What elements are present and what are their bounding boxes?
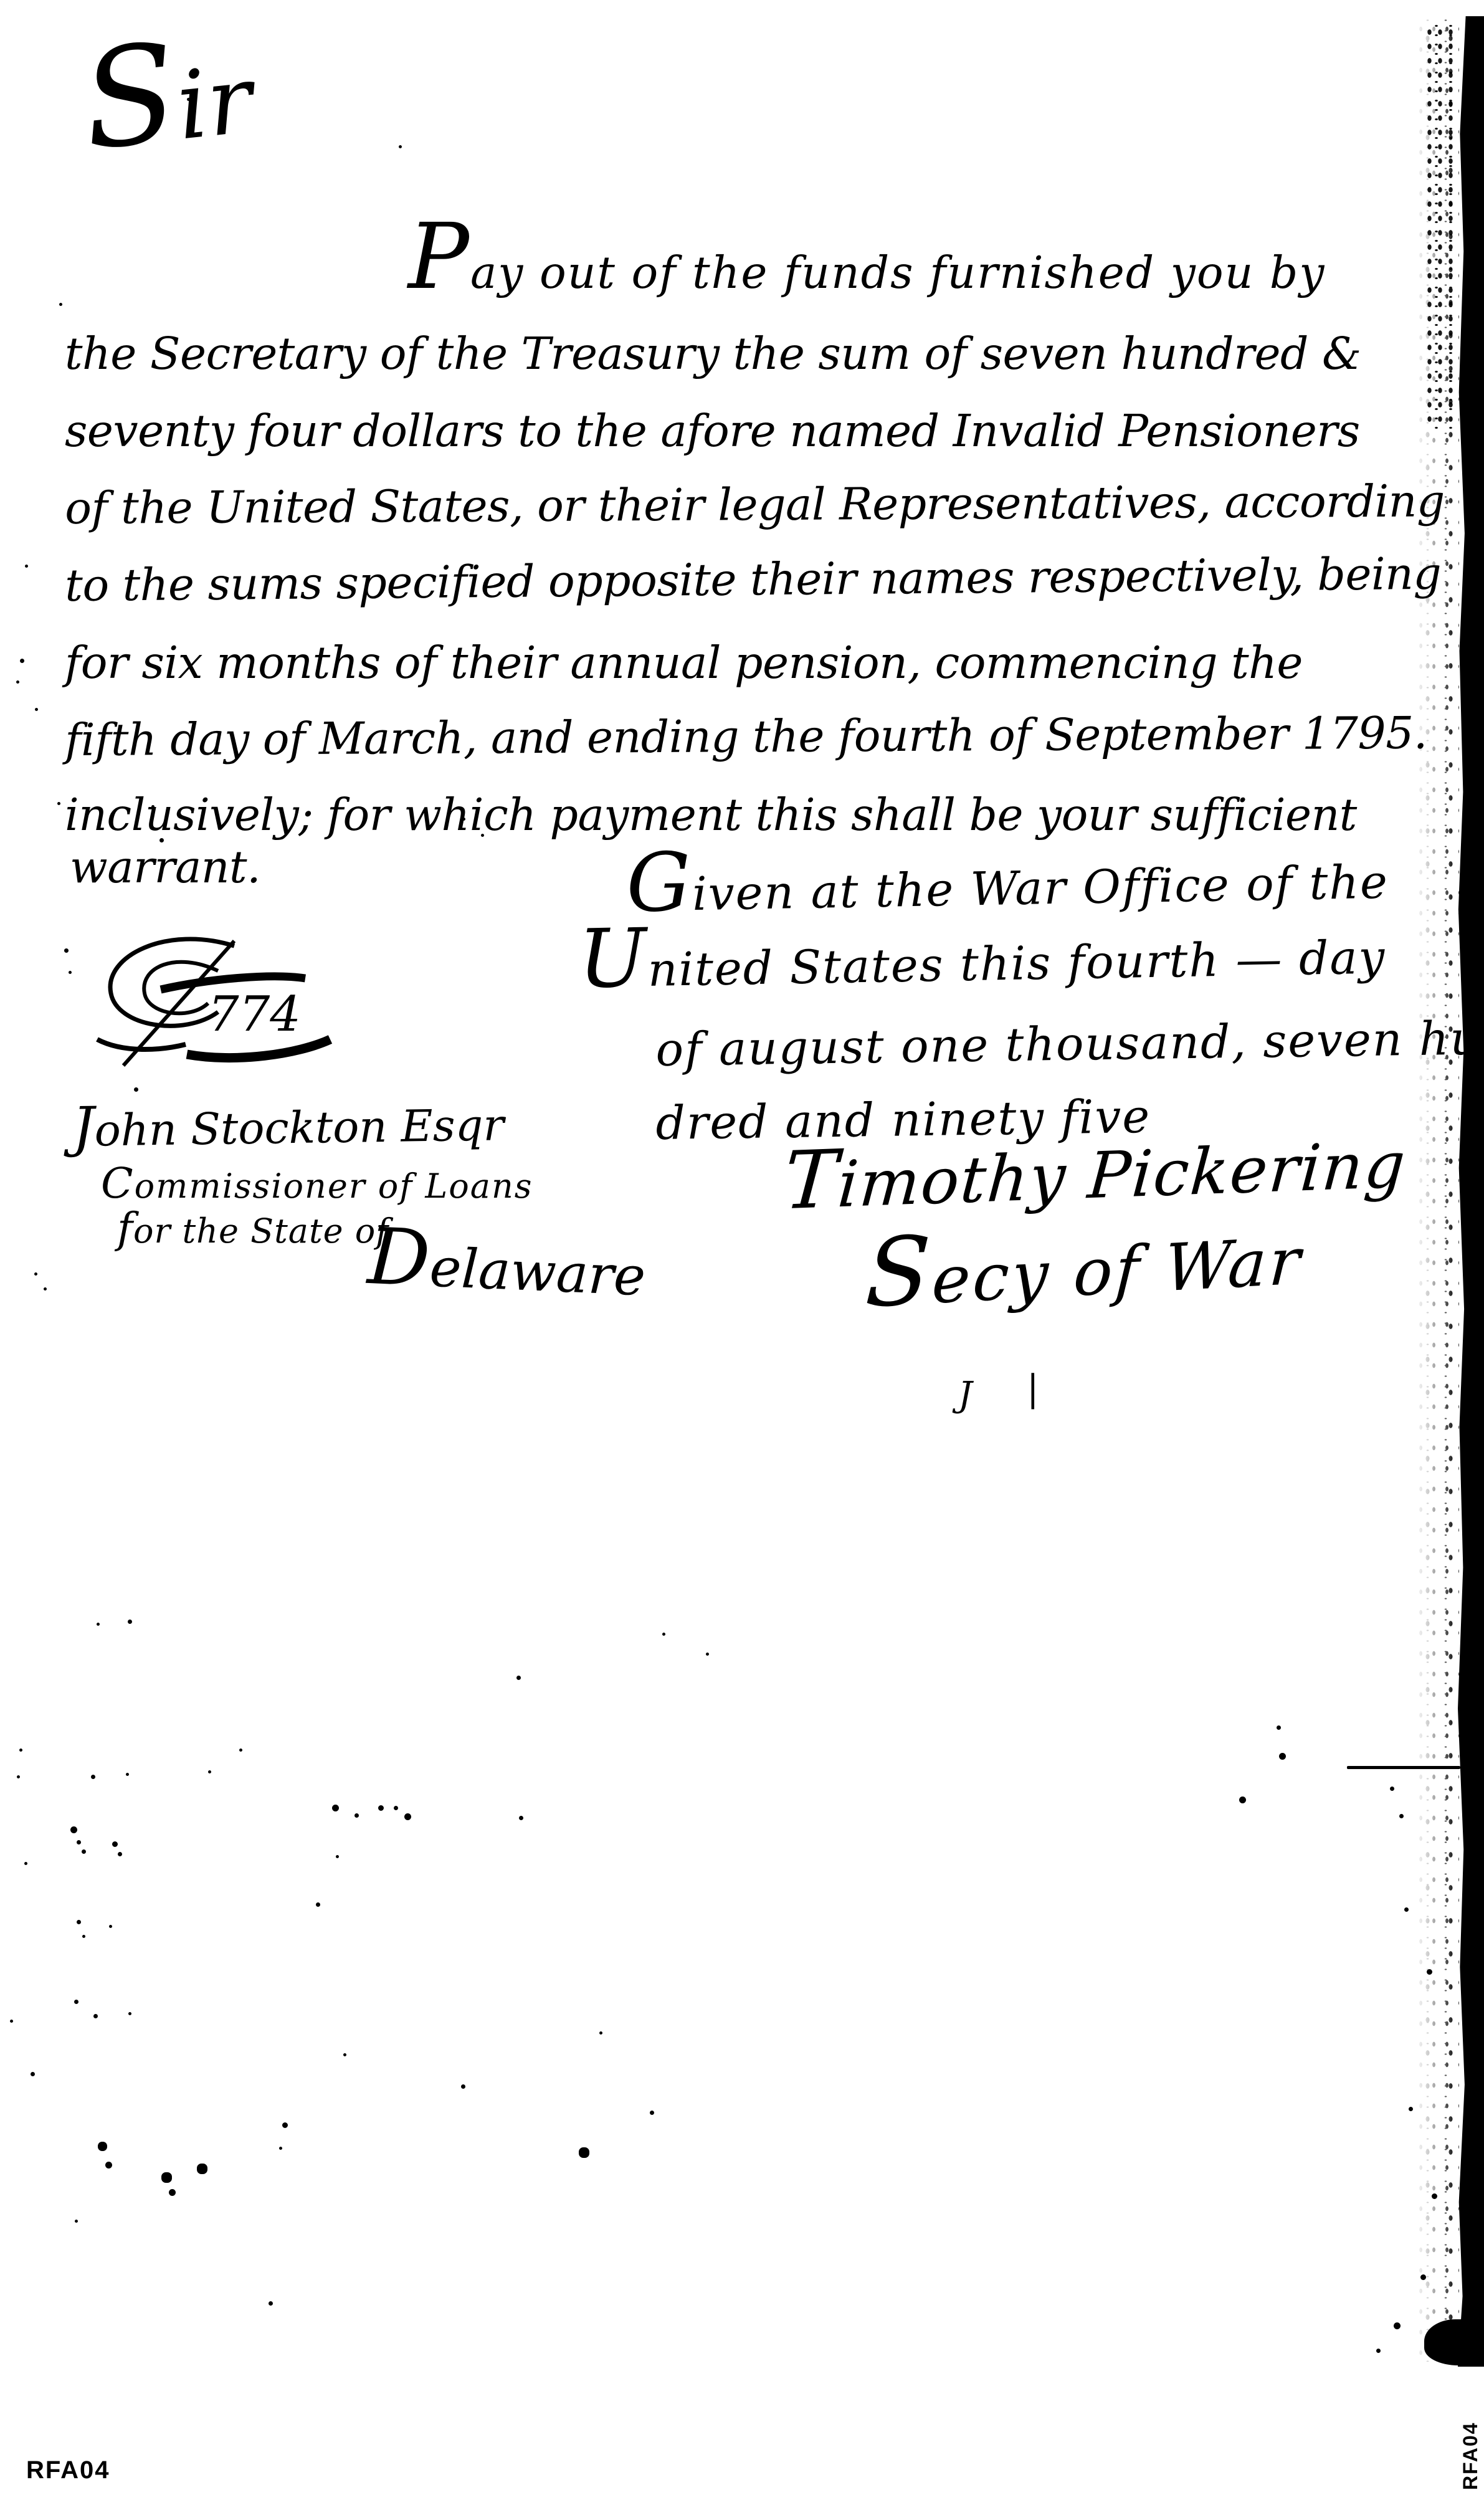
addressee-title: Commissioner of Loans <box>101 1168 533 1205</box>
scan-code-bottom-left: RFA04 <box>26 2456 110 2484</box>
flourish-drawing: 774 <box>86 932 422 1082</box>
addressee-place: Delaware <box>366 1235 647 1307</box>
body-line: the Secretary of the Treasury the sum of… <box>65 329 1361 379</box>
document-page: Sir Pay out of the funds furnished you b… <box>0 0 1484 2505</box>
salutation: Sir <box>80 47 257 169</box>
stray-mark: J <box>958 1376 972 1415</box>
body-line: Pay out of the funds furnished you by <box>408 248 1325 298</box>
attestation-line: of august one thousand, seven hun <box>655 1013 1484 1076</box>
body-line: seventy four dollars to the afore named … <box>65 406 1360 456</box>
scan-edge-noise-dense <box>1424 25 1459 430</box>
scan-code-right-edge: RFA04 <box>1457 2430 1484 2490</box>
body-line: fifth day of March, and ending the fourt… <box>65 709 1427 765</box>
body-line: of the United States, or their legal Rep… <box>65 476 1445 533</box>
addressee-name: John Stockton Esqr <box>72 1100 504 1155</box>
body-line: to the sums specified opposite their nam… <box>65 549 1442 611</box>
body-line: inclusively; for which payment this shal… <box>65 790 1357 840</box>
attestation-line: Given at the War Office of the <box>626 857 1389 922</box>
scan-horizontal-line <box>1347 1766 1460 1769</box>
paraph-flourish: 774 <box>86 932 422 1082</box>
scan-edge-blob <box>1424 2319 1484 2365</box>
attestation-line: United States this fourth — day <box>578 932 1386 997</box>
addressee-place-prefix: for the State of <box>117 1213 389 1250</box>
scan-edge-band <box>1458 16 1484 2367</box>
stray-mark: | <box>1027 1368 1039 1409</box>
body-line: warrant. <box>70 842 260 892</box>
signature-title: Secy of War <box>863 1224 1305 1320</box>
paraph-number: 774 <box>208 986 301 1043</box>
body-line: for six months of their annual pension, … <box>65 638 1303 688</box>
